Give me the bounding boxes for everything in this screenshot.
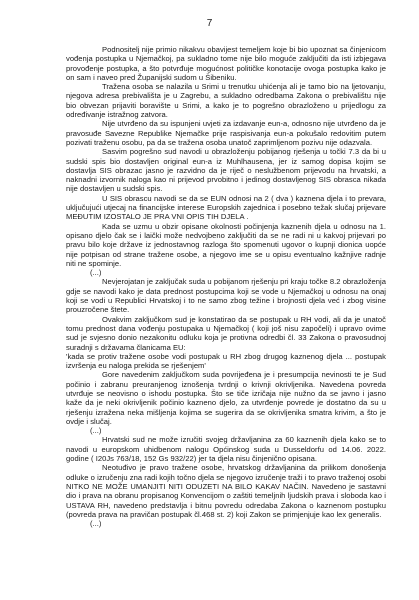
paragraph-presumption: Gore navedenim zaključkom suda povrijeđe… <box>66 370 386 426</box>
quoted-provision: 'kada se protiv tražene osobe vodi postu… <box>66 352 386 371</box>
document-body: Podnositelj nije primio nikakvu obavijes… <box>66 45 386 528</box>
paragraph-circumstances: Kada se uzmu u obzir opisane okolnosti p… <box>66 222 386 268</box>
paragraph-priority: Nevjerojatan je zaključak suda u pobijan… <box>66 277 386 314</box>
paragraph-inalienable-right: Neotuđivo je pravo tražene osobe, hrvats… <box>66 463 386 519</box>
paragraph-notice: Podnositelj nije primio nikakvu obavijes… <box>66 45 386 82</box>
paragraph-extradition: Hrvatski sud ne može izručiti svojeg drž… <box>66 435 386 463</box>
paragraph-residence: Tražena osoba se nalazila u Srimi u tren… <box>66 82 386 119</box>
omission-marker: (...) <box>66 426 386 435</box>
paragraph-translation: Sasvim pogrešno sud navodi u obrazloženj… <box>66 147 386 193</box>
paragraph-conditions: Nije utvrđeno da su ispunjeni uvjeti za … <box>66 119 386 147</box>
paragraph-sis-form: U SIS obrascu navodi se da se EUN odnosi… <box>66 194 386 222</box>
omission-marker: (...) <box>66 268 386 277</box>
paragraph-conclusion: Ovakvim zaključkom sud je konstatirao da… <box>66 315 386 352</box>
page-number: 7 <box>0 18 419 30</box>
omission-marker: (...) <box>66 519 386 528</box>
